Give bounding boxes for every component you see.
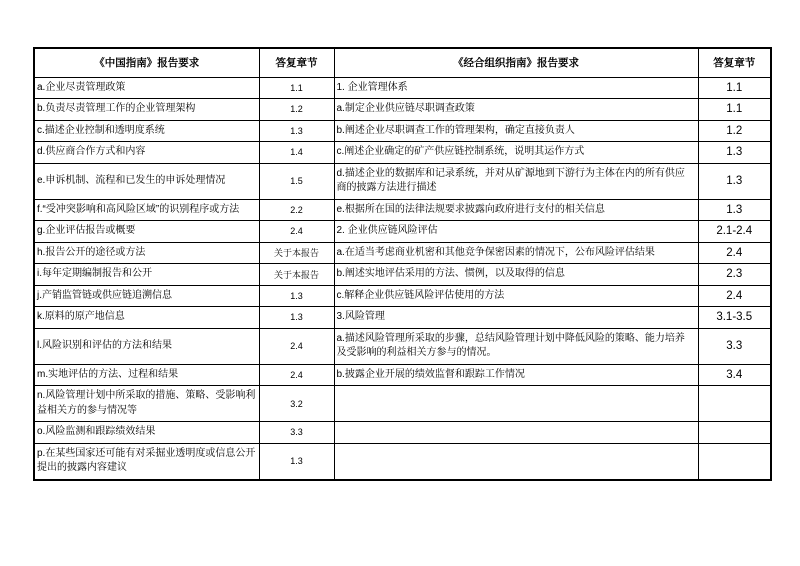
cell-oecd-requirement: a.描述风险管理所采取的步骤，总结风险管理计划中降低风险的策略、能力培养及受影响… <box>334 328 698 364</box>
cell-oecd-chapter: 1.3 <box>698 142 771 164</box>
cell-oecd-requirement <box>334 386 698 422</box>
cell-cn-requirement: a.企业尽责管理政策 <box>34 77 259 99</box>
cell-oecd-requirement: a.制定企业供应链尽职调查政策 <box>334 99 698 121</box>
cell-oecd-chapter: 2.4 <box>698 242 771 264</box>
cell-oecd-requirement: 1. 企业管理体系 <box>334 77 698 99</box>
cell-cn-requirement: g.企业评估报告或概要 <box>34 221 259 243</box>
cell-cn-requirement: e.申诉机制、流程和已发生的申诉处理情况 <box>34 163 259 199</box>
table-row: p.在某些国家还可能有对采掘业透明度或信息公开提出的披露内容建议1.3 <box>34 443 771 480</box>
document-page: 《中国指南》报告要求 答复章节 《经合组织指南》报告要求 答复章节 a.企业尽责… <box>0 0 800 566</box>
cell-cn-chapter: 2.4 <box>259 364 334 386</box>
table-row: m.实地评估的方法、过程和结果2.4b.披露企业开展的绩效监督和跟踪工作情况3.… <box>34 364 771 386</box>
cell-cn-requirement: m.实地评估的方法、过程和结果 <box>34 364 259 386</box>
cell-cn-chapter: 1.3 <box>259 307 334 329</box>
cell-cn-requirement: p.在某些国家还可能有对采掘业透明度或信息公开提出的披露内容建议 <box>34 443 259 480</box>
cell-oecd-requirement: 3.风险管理 <box>334 307 698 329</box>
table-row: k.原料的原产地信息1.33.风险管理3.1-3.5 <box>34 307 771 329</box>
cell-oecd-requirement: b.阐述企业尽职调查工作的管理架构，确定直接负责人 <box>334 120 698 142</box>
cell-cn-chapter: 3.3 <box>259 422 334 444</box>
table-row: e.申诉机制、流程和已发生的申诉处理情况1.5d.描述企业的数据库和记录系统，并… <box>34 163 771 199</box>
cell-cn-requirement: f.“受冲突影响和高风险区域”的识别程序或方法 <box>34 199 259 221</box>
header-cn-chapter: 答复章节 <box>259 48 334 77</box>
cell-oecd-requirement: a.在适当考虑商业机密和其他竞争保密因素的情况下，公布风险评估结果 <box>334 242 698 264</box>
cell-cn-requirement: j.产销监管链或供应链追溯信息 <box>34 285 259 307</box>
cell-oecd-chapter: 1.3 <box>698 199 771 221</box>
cell-oecd-requirement: b.阐述实地评估采用的方法、惯例，以及取得的信息 <box>334 264 698 286</box>
cell-cn-chapter: 1.3 <box>259 285 334 307</box>
cell-oecd-requirement <box>334 422 698 444</box>
cell-oecd-chapter: 1.1 <box>698 77 771 99</box>
cell-cn-requirement: l.风险识别和评估的方法和结果 <box>34 328 259 364</box>
guidelines-comparison-table: 《中国指南》报告要求 答复章节 《经合组织指南》报告要求 答复章节 a.企业尽责… <box>33 47 772 481</box>
cell-cn-chapter: 2.4 <box>259 221 334 243</box>
cell-cn-chapter: 1.2 <box>259 99 334 121</box>
cell-oecd-chapter: 3.4 <box>698 364 771 386</box>
cell-cn-requirement: b.负责尽责管理工作的企业管理架构 <box>34 99 259 121</box>
cell-oecd-requirement: c.阐述企业确定的矿产供应链控制系统，说明其运作方式 <box>334 142 698 164</box>
table-row: a.企业尽责管理政策1.11. 企业管理体系1.1 <box>34 77 771 99</box>
table-header: 《中国指南》报告要求 答复章节 《经合组织指南》报告要求 答复章节 <box>34 48 771 77</box>
cell-cn-chapter: 1.5 <box>259 163 334 199</box>
header-cn-requirements: 《中国指南》报告要求 <box>34 48 259 77</box>
cell-oecd-requirement <box>334 443 698 480</box>
cell-cn-requirement: c.描述企业控制和透明度系统 <box>34 120 259 142</box>
table-row: g.企业评估报告或概要2.42. 企业供应链风险评估2.1-2.4 <box>34 221 771 243</box>
cell-cn-requirement: h.报告公开的途径或方法 <box>34 242 259 264</box>
cell-oecd-requirement: d.描述企业的数据库和记录系统，并对从矿源地到下游行为主体在内的所有供应商的披露… <box>334 163 698 199</box>
cell-cn-requirement: i.每年定期编制报告和公开 <box>34 264 259 286</box>
cell-oecd-chapter: 1.2 <box>698 120 771 142</box>
cell-cn-chapter: 关于本报告 <box>259 242 334 264</box>
cell-cn-chapter: 1.1 <box>259 77 334 99</box>
cell-oecd-chapter: 1.1 <box>698 99 771 121</box>
cell-cn-chapter: 2.4 <box>259 328 334 364</box>
cell-oecd-chapter <box>698 443 771 480</box>
cell-oecd-chapter: 2.4 <box>698 285 771 307</box>
cell-oecd-chapter: 1.3 <box>698 163 771 199</box>
cell-cn-chapter: 2.2 <box>259 199 334 221</box>
table-row: i.每年定期编制报告和公开关于本报告b.阐述实地评估采用的方法、惯例，以及取得的… <box>34 264 771 286</box>
table-row: d.供应商合作方式和内容1.4c.阐述企业确定的矿产供应链控制系统，说明其运作方… <box>34 142 771 164</box>
cell-cn-chapter: 1.3 <box>259 120 334 142</box>
table-row: b.负责尽责管理工作的企业管理架构1.2a.制定企业供应链尽职调查政策1.1 <box>34 99 771 121</box>
table-row: f.“受冲突影响和高风险区域”的识别程序或方法2.2e.根据所在国的法律法规要求… <box>34 199 771 221</box>
table-row: l.风险识别和评估的方法和结果2.4a.描述风险管理所采取的步骤，总结风险管理计… <box>34 328 771 364</box>
cell-cn-chapter: 关于本报告 <box>259 264 334 286</box>
cell-oecd-chapter: 3.1-3.5 <box>698 307 771 329</box>
cell-oecd-chapter: 2.3 <box>698 264 771 286</box>
header-oecd-requirements: 《经合组织指南》报告要求 <box>334 48 698 77</box>
cell-cn-requirement: o.风险监测和跟踪绩效结果 <box>34 422 259 444</box>
cell-cn-requirement: k.原料的原产地信息 <box>34 307 259 329</box>
cell-cn-chapter: 1.3 <box>259 443 334 480</box>
table-row: j.产销监管链或供应链追溯信息1.3c.解释企业供应链风险评估使用的方法2.4 <box>34 285 771 307</box>
table-row: o.风险监测和跟踪绩效结果3.3 <box>34 422 771 444</box>
cell-oecd-chapter: 3.3 <box>698 328 771 364</box>
cell-oecd-chapter <box>698 386 771 422</box>
table-row: n.风险管理计划中所采取的措施、策略、受影响利益相关方的参与情况等3.2 <box>34 386 771 422</box>
cell-oecd-requirement: e.根据所在国的法律法规要求披露向政府进行支付的相关信息 <box>334 199 698 221</box>
cell-oecd-chapter <box>698 422 771 444</box>
header-row: 《中国指南》报告要求 答复章节 《经合组织指南》报告要求 答复章节 <box>34 48 771 77</box>
cell-cn-requirement: d.供应商合作方式和内容 <box>34 142 259 164</box>
table-row: c.描述企业控制和透明度系统1.3b.阐述企业尽职调查工作的管理架构，确定直接负… <box>34 120 771 142</box>
cell-oecd-chapter: 2.1-2.4 <box>698 221 771 243</box>
table-body: a.企业尽责管理政策1.11. 企业管理体系1.1b.负责尽责管理工作的企业管理… <box>34 77 771 480</box>
cell-oecd-requirement: c.解释企业供应链风险评估使用的方法 <box>334 285 698 307</box>
cell-cn-chapter: 3.2 <box>259 386 334 422</box>
header-oecd-chapter: 答复章节 <box>698 48 771 77</box>
cell-oecd-requirement: 2. 企业供应链风险评估 <box>334 221 698 243</box>
cell-oecd-requirement: b.披露企业开展的绩效监督和跟踪工作情况 <box>334 364 698 386</box>
table-row: h.报告公开的途径或方法关于本报告a.在适当考虑商业机密和其他竞争保密因素的情况… <box>34 242 771 264</box>
cell-cn-requirement: n.风险管理计划中所采取的措施、策略、受影响利益相关方的参与情况等 <box>34 386 259 422</box>
cell-cn-chapter: 1.4 <box>259 142 334 164</box>
